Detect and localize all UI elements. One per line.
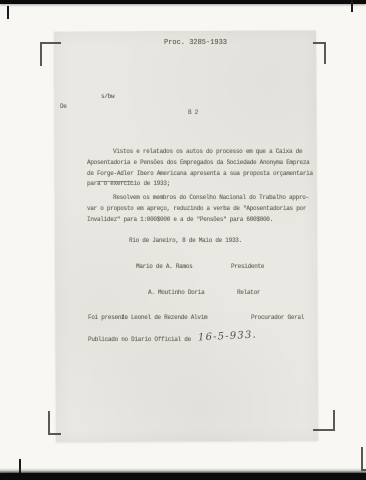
page-corner-bracket [40,42,61,66]
signature-rapporteur-name: A. Moutinho Doria [148,289,204,296]
text-line: de Forge-Adler Ibero Americana apresenta… [87,169,321,180]
margin-note: De [60,103,67,110]
signature-rapporteur-role: Relator [237,289,260,296]
text-line: Invalidez" para 1:000$000 e a de "Pensõe… [87,215,321,226]
underline-mark [97,181,133,182]
page-corner-bracket [313,410,335,431]
text-line: Aposentadoria e Pensões dos Empregados d… [87,158,321,169]
film-bar-bottom [0,473,366,480]
publication-note: Publicado no Diario Official de [88,336,191,343]
attorney-general-role: Procurador Geral [251,314,304,321]
page-corner-bracket [48,411,61,435]
dateline: Rio de Janeiro, 8 de Maio de 1933. [129,237,242,244]
page-corner-bracket [313,42,326,64]
film-registration-mark [351,0,353,12]
resolution-decision-paragraph: Resolvem os membros do Conselho Nacional… [87,193,321,225]
film-registration-mark [7,6,9,19]
document-page [54,30,318,441]
signature-president-name: Mario de A. Ramos [136,263,192,270]
typist-initials: s/bw [101,93,114,100]
film-bar-top [0,0,366,4]
resolution-recitals-paragraph: Vistos e relatados os autos do processo … [87,147,321,190]
text-line: var o proposto em apreço, reduzindo a ve… [87,204,321,215]
page-mark: B 2 [188,109,198,116]
text-line: Resolvem os membros do Conselho Nacional… [87,193,321,204]
process-number: Proc. 3285-1933 [164,39,227,47]
attorney-general-name: J. Leonel de Rezende Alvim [121,314,207,321]
text-line: Vistos e relatados os autos do processo … [87,147,321,158]
signature-president-role: Presidente [231,263,264,270]
microfilm-scan-frame: Proc. 3285-1933 s/bw De B 2 Vistos e rel… [0,0,366,480]
